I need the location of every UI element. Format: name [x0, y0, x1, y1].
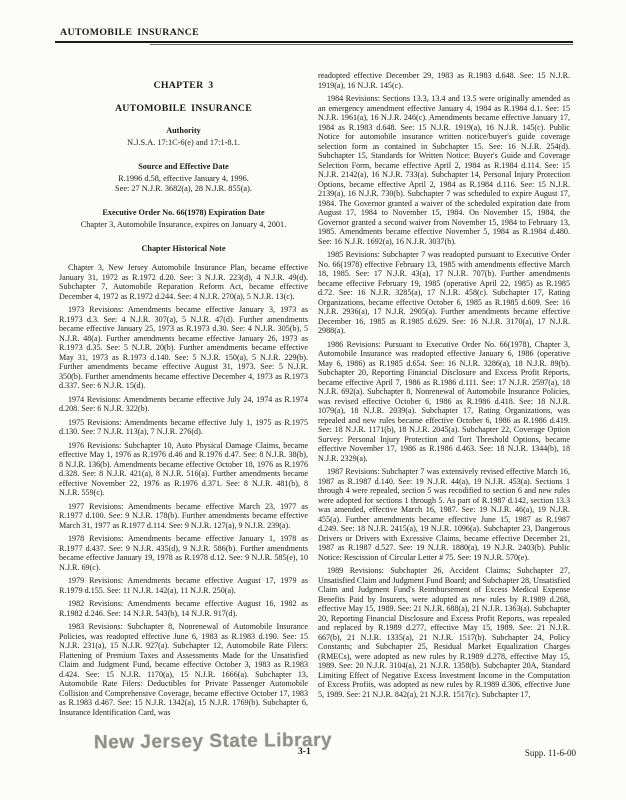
- revision-paragraph-1982: 1982 Revisions: Amendments became effect…: [59, 599, 308, 618]
- page-number: 3-1: [298, 746, 311, 757]
- left-column: CHAPTER 3 AUTOMOBILE INSURANCE Authority…: [59, 80, 308, 717]
- revision-paragraph-1977: 1977 Revisions: Amendments became effect…: [59, 502, 308, 531]
- chapter-title: AUTOMOBILE INSURANCE: [59, 103, 308, 114]
- spacer: [59, 148, 308, 162]
- revision-paragraph-1984: 1984 Revisions: Sections 13.3, 13.4 and …: [318, 94, 570, 246]
- revision-paragraph-1985: 1985 Revisions: Subchapter 7 was readopt…: [318, 250, 570, 336]
- running-header-title: AUTOMOBILE INSURANCE: [60, 27, 199, 38]
- revision-paragraph-1989: 1989 Revisions: Subchapter 26, Accident …: [318, 566, 570, 699]
- revision-paragraph-1973: 1973 Revisions: Amendments became effect…: [59, 305, 308, 391]
- authority-citation: N.J.S.A. 17:1C-6(e) and 17:1-8.1.: [59, 138, 308, 148]
- spacer: [59, 194, 308, 208]
- right-column: readopted effective December 29, 1983 as…: [318, 71, 570, 699]
- source-line-2: See: 27 N.J.R. 3682(a), 28 N.J.R. 855(a)…: [59, 184, 308, 194]
- header-rule: [55, 41, 573, 43]
- library-stamp: New Jersey State Library: [94, 730, 332, 754]
- revision-paragraph-1986: 1986 Revisions: Pursuant to Executive Or…: [318, 340, 570, 464]
- revision-paragraph-1978: 1978 Revisions: Amendments became effect…: [59, 534, 308, 572]
- expiration-text: Chapter 3, Automobile Insurance, expires…: [59, 220, 308, 230]
- spacer: [59, 256, 308, 263]
- revision-paragraph-1979: 1979 Revisions: Amendments became effect…: [59, 576, 308, 595]
- header-rule-shadow: [150, 44, 573, 45]
- historical-paragraph: Chapter 3, New Jersey Automobile Insuran…: [59, 263, 308, 301]
- spacer: [59, 230, 308, 244]
- revision-paragraph-1974: 1974 Revisions: Amendments became effect…: [59, 395, 308, 414]
- revision-paragraph-1975: 1975 Revisions: Amendments became effect…: [59, 418, 308, 437]
- historical-note-heading: Chapter Historical Note: [59, 244, 308, 253]
- source-heading: Source and Effective Date: [59, 162, 308, 171]
- expiration-heading: Executive Order No. 66(1978) Expiration …: [59, 208, 308, 217]
- revision-paragraph-1987: 1987 Revisions: Subchapter 7 was extensi…: [318, 467, 570, 562]
- supplement-label: Supp. 11-6-00: [525, 748, 576, 758]
- revision-paragraph-1983: 1983 Revisions: Subchapter 8, Nonrenewal…: [59, 622, 308, 717]
- revision-paragraph-1976: 1976 Revisions: Subchapter 10, Auto Phys…: [59, 441, 308, 498]
- authority-heading: Authority: [59, 126, 308, 135]
- document-page: { "header": { "title": "AUTOMOBILE INSUR…: [0, 0, 626, 800]
- chapter-heading: CHAPTER 3: [59, 80, 308, 91]
- source-line-1: R.1996 d.58, effective January 4, 1996.: [59, 174, 308, 184]
- continuation-paragraph: readopted effective December 29, 1983 as…: [318, 71, 570, 90]
